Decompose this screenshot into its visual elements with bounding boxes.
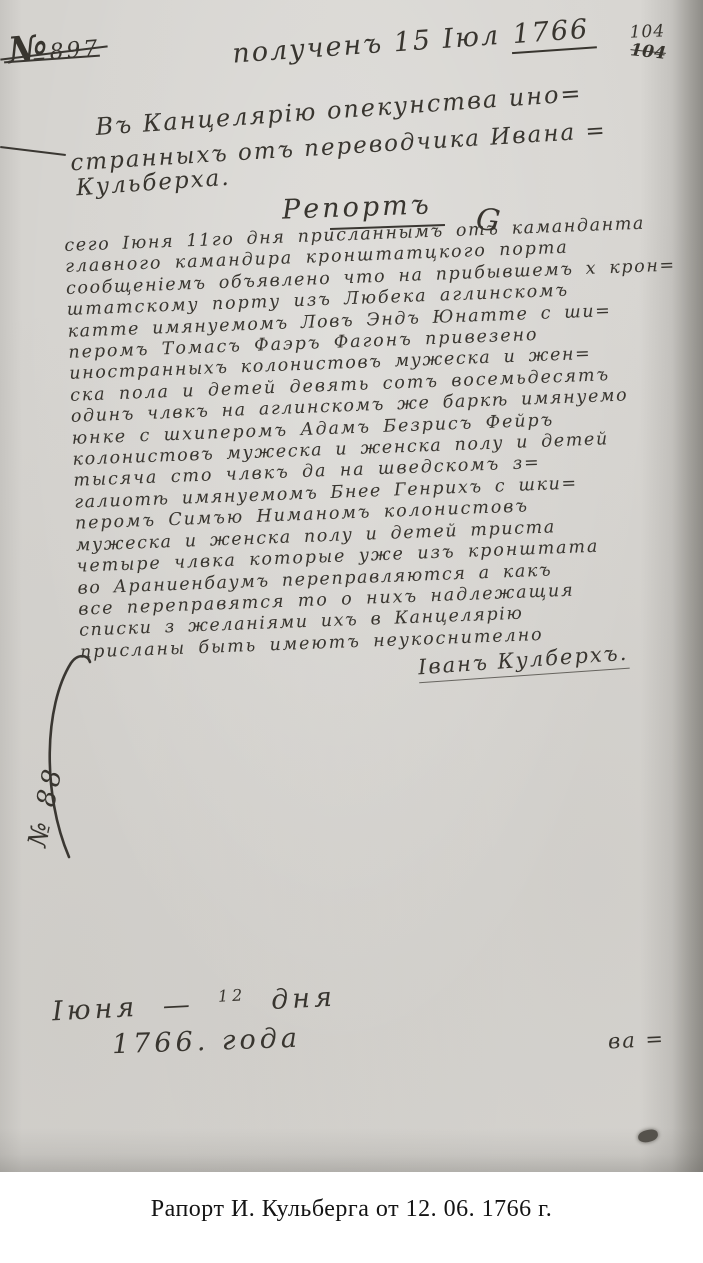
received-month: Іюл bbox=[441, 20, 501, 55]
folio-current: 104 bbox=[629, 21, 665, 42]
dateline-day-word: дня bbox=[270, 982, 336, 1016]
margin-dash-icon bbox=[0, 146, 66, 156]
caption: Рапорт И. Кульберга от 12. 06. 1766 г. bbox=[0, 1196, 703, 1223]
received-note: полученъ 15 Іюл 1766 bbox=[231, 13, 596, 69]
dateline-year: 1766. года bbox=[112, 1023, 302, 1061]
folio-crossed-out: 104 bbox=[629, 40, 666, 64]
dateline-month: Іюня bbox=[51, 992, 139, 1027]
report-title: Репортъ bbox=[282, 189, 433, 225]
scan-edge-shadow bbox=[0, 1128, 703, 1172]
received-word: полученъ bbox=[231, 28, 384, 69]
received-year: 1766 bbox=[510, 13, 597, 54]
manuscript-scan: №897 полученъ 15 Іюл 1766 104 104 Въ Кан… bbox=[0, 0, 703, 1172]
catchword: ва = bbox=[607, 1027, 665, 1054]
dateline-day: Іюня — 12 дня bbox=[51, 981, 336, 1028]
numero-sign: № bbox=[6, 27, 47, 72]
folio-numbers: 104 104 bbox=[629, 21, 666, 62]
dateline-day-number: 12 bbox=[217, 985, 246, 1005]
manuscript-body: сего Іюня 11го дня присланнымъ отъ каман… bbox=[64, 212, 703, 664]
received-day: 15 bbox=[393, 25, 433, 59]
